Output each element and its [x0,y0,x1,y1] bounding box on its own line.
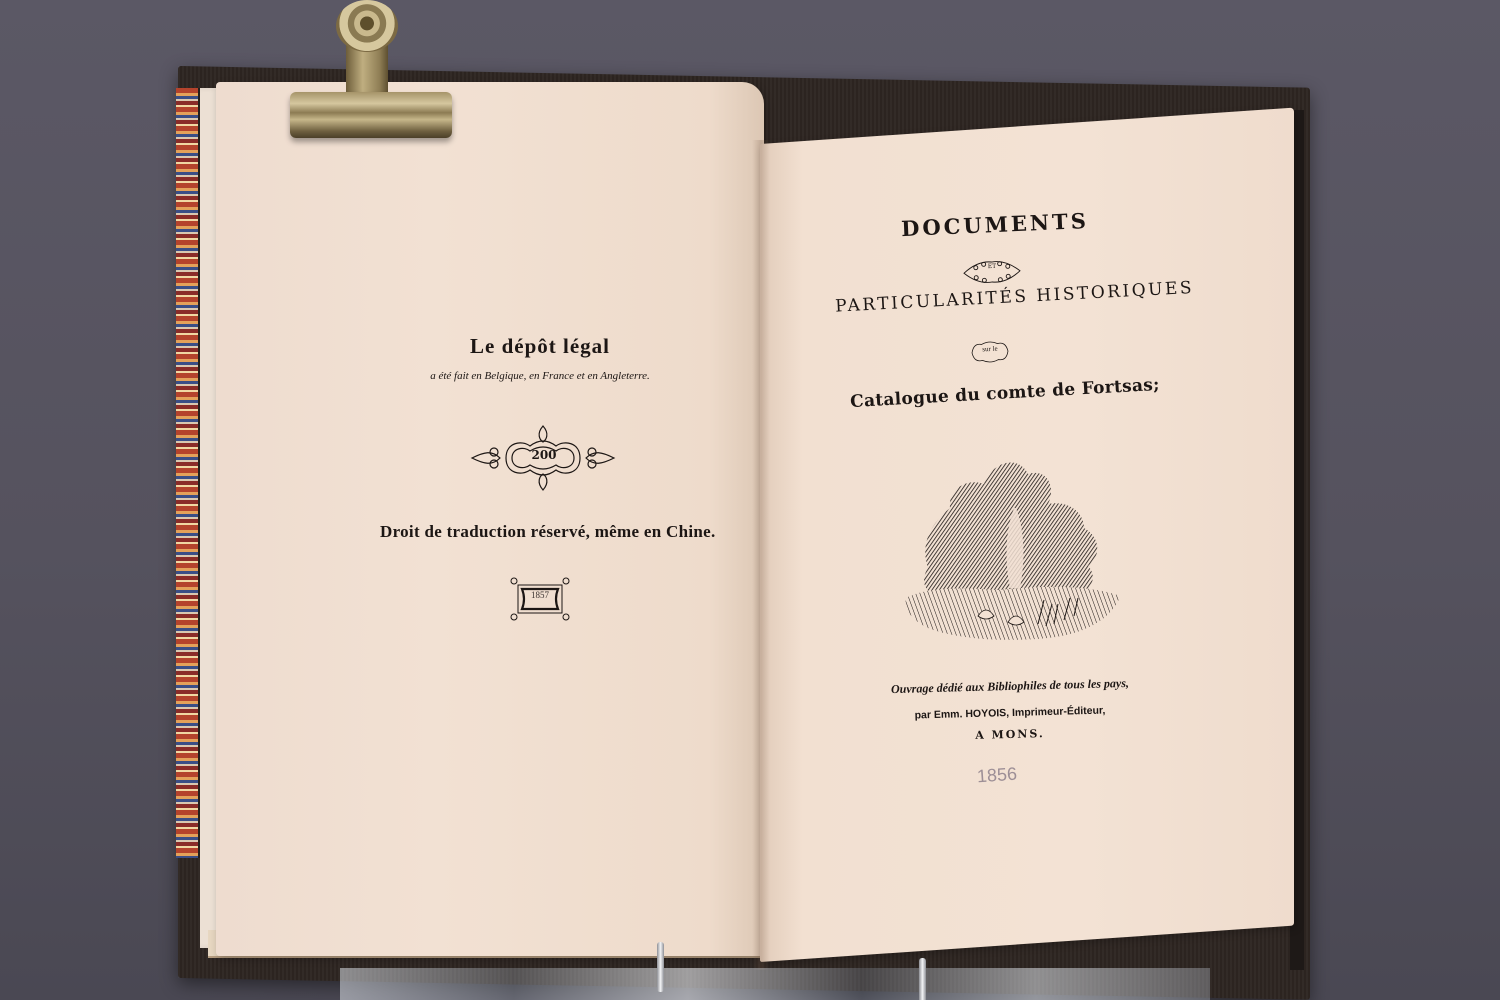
bulldog-clip [290,92,452,138]
depot-legal-title: Le dépôt légal [380,334,700,359]
book-gutter [752,140,770,970]
acrylic-book-stand [340,968,1210,1000]
depot-legal-subtitle: a été fait en Belgique, en France et en … [380,370,700,382]
copy-number: 200 [526,448,562,462]
marbled-endpaper [176,88,200,858]
fountain-engraving-icon [888,448,1138,653]
clip-ring-icon [336,0,398,52]
translation-rights-notice: Droit de traduction réservé, même en Chi… [380,522,700,542]
stand-pin-right [919,958,926,1000]
left-page [216,82,764,956]
publication-year: 1857 [523,590,557,600]
stand-pin-left [657,942,664,992]
et-ornament-icon [961,257,1022,288]
title-conjunction: ET [982,263,1002,271]
